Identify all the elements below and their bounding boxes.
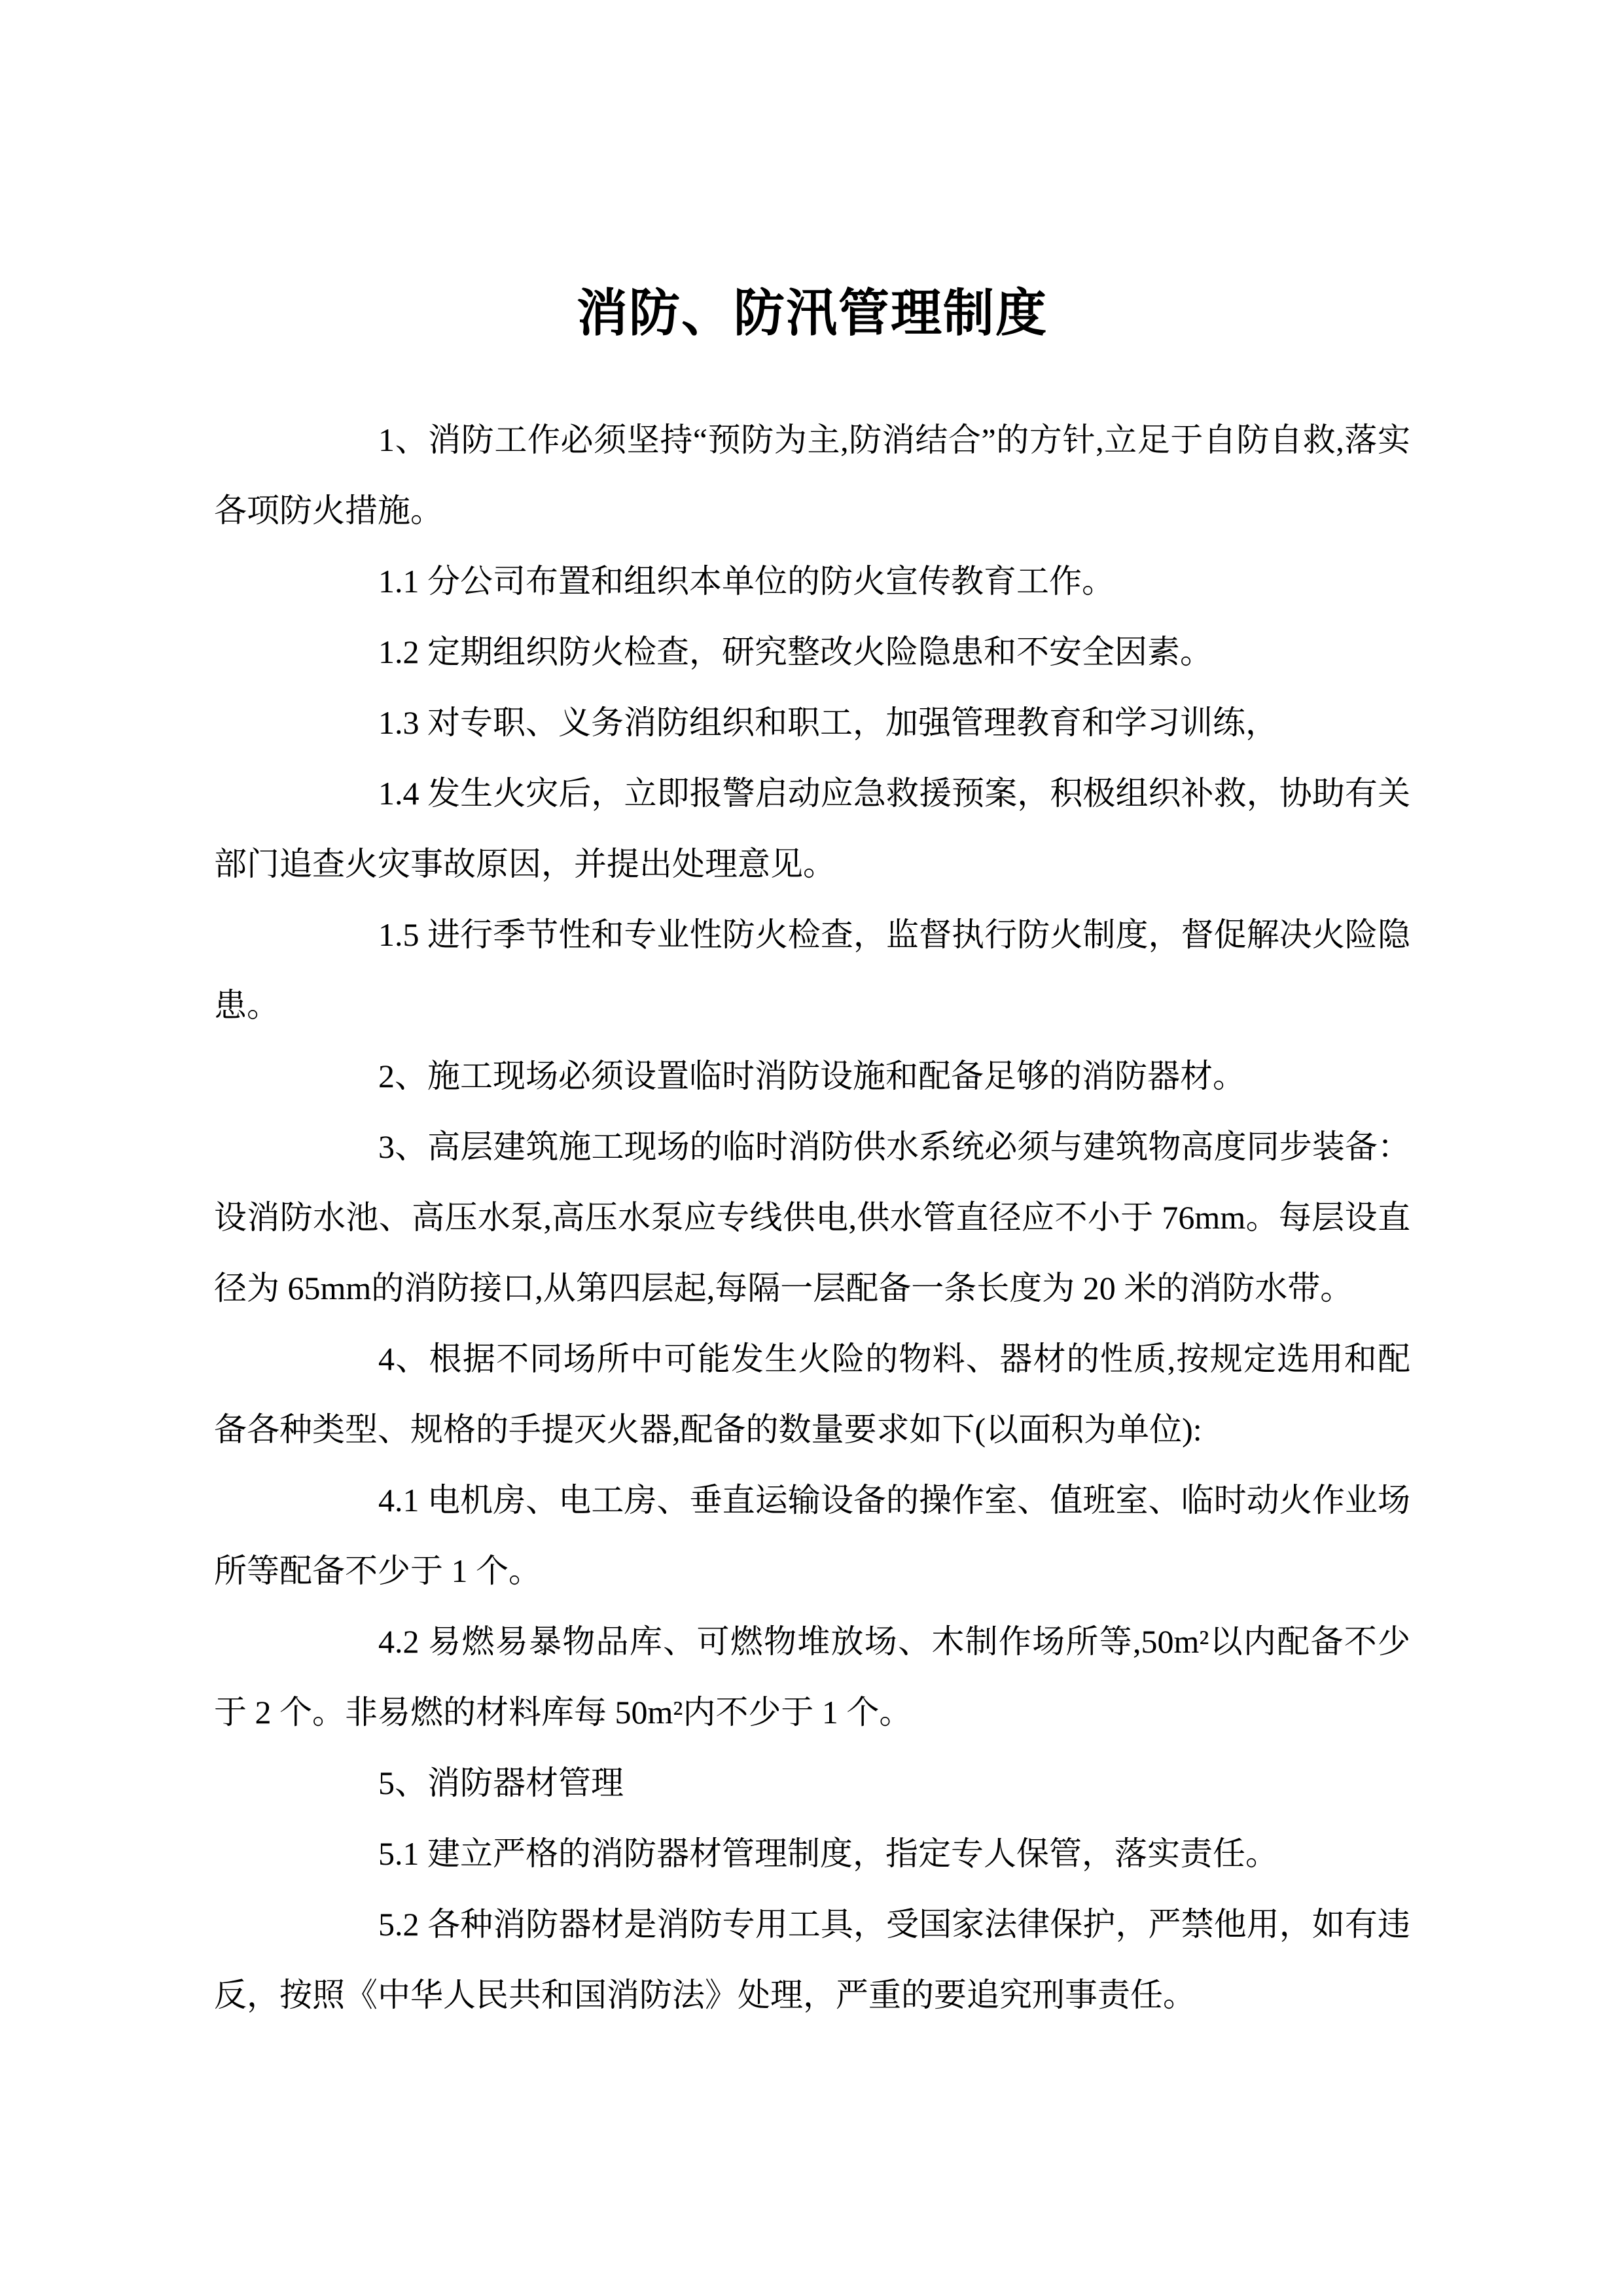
paragraph-4: 4、根据不同场所中可能发生火险的物料、器材的性质,按规定选用和配备各种类型、规格… <box>214 1323 1410 1465</box>
paragraph-1-5: 1.5 进行季节性和专业性防火检查，监督执行防火制度，督促解决火险隐患。 <box>214 899 1410 1041</box>
document-page: 消防、防汛管理制度 1、消防工作必须坚持“预防为主,防消结合”的方针,立足于自防… <box>0 0 1623 2296</box>
document-title: 消防、防汛管理制度 <box>214 288 1410 339</box>
paragraph-5-2: 5.2 各种消防器材是消防专用工具，受国家法律保护，严禁他用，如有违反，按照《中… <box>214 1889 1410 2030</box>
paragraph-5: 5、消防器材管理 <box>214 1748 1410 1818</box>
paragraph-1-3: 1.3 对专职、义务消防组织和职工，加强管理教育和学习训练， <box>214 687 1410 758</box>
paragraph-4-2: 4.2 易燃易暴物品库、可燃物堆放场、木制作场所等,50m²以内配备不少于 2 … <box>214 1606 1410 1748</box>
paragraph-3: 3、高层建筑施工现场的临时消防供水系统必须与建筑物高度同步装备：设消防水池、高压… <box>214 1111 1410 1323</box>
paragraph-1-4: 1.4 发生火灾后，立即报警启动应急救援预案，积极组织补救，协助有关部门追查火灾… <box>214 758 1410 899</box>
paragraph-2: 2、施工现场必须设置临时消防设施和配备足够的消防器材。 <box>214 1041 1410 1111</box>
paragraph-1-1: 1.1 分公司布置和组织本单位的防火宣传教育工作。 <box>214 546 1410 617</box>
document-body: 1、消防工作必须坚持“预防为主,防消结合”的方针,立足于自防自救,落实各项防火措… <box>214 404 1410 2030</box>
paragraph-1-2: 1.2 定期组织防火检查，研究整改火险隐患和不安全因素。 <box>214 617 1410 687</box>
paragraph-4-1: 4.1 电机房、电工房、垂直运输设备的操作室、值班室、临时动火作业场所等配备不少… <box>214 1465 1410 1606</box>
paragraph-1: 1、消防工作必须坚持“预防为主,防消结合”的方针,立足于自防自救,落实各项防火措… <box>214 404 1410 546</box>
paragraph-5-1: 5.1 建立严格的消防器材管理制度，指定专人保管，落实责任。 <box>214 1818 1410 1889</box>
